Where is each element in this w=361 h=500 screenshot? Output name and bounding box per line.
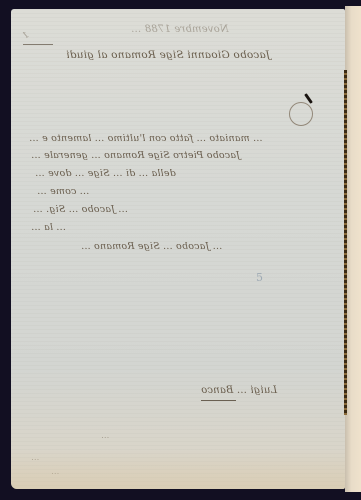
flourish: [289, 102, 313, 126]
signature-underline: [201, 400, 236, 401]
margin-mark: 1: [21, 30, 31, 42]
body-line-5: ... Jacobo ... Sig. ...: [33, 204, 128, 215]
body-line-6: ... la ...: [31, 222, 66, 233]
header-title-line: Jacobo Gioanni Sige Romano al giudi: [66, 49, 270, 61]
footer-note-1: ...: [101, 431, 109, 440]
header-date-line: Novembre 1788 ...: [131, 24, 229, 35]
body-line-2: Jacobo Pietro Sige Romano ... generale .…: [31, 150, 240, 161]
margin-rule: [23, 44, 53, 45]
adjacent-page-edge: [345, 6, 361, 492]
signature: Luigi ... Banco: [201, 385, 277, 396]
body-line-3: della ... di ... Sige ... dove ...: [35, 168, 176, 179]
footer-note-3: ...: [51, 467, 59, 476]
body-line-1: ... maniato ... fatto con l'ultimo ... l…: [29, 133, 263, 144]
body-line-7: ... Jacobo ... Sige Romano ...: [81, 241, 222, 252]
binding-thread: [344, 70, 347, 415]
body-line-4: ... come ...: [37, 186, 89, 197]
footer-note-2: ...: [31, 453, 39, 462]
pencil-note: 5: [256, 271, 263, 284]
manuscript-page: 1 Novembre 1788 ... Jacobo Gioanni Sige …: [11, 9, 345, 489]
